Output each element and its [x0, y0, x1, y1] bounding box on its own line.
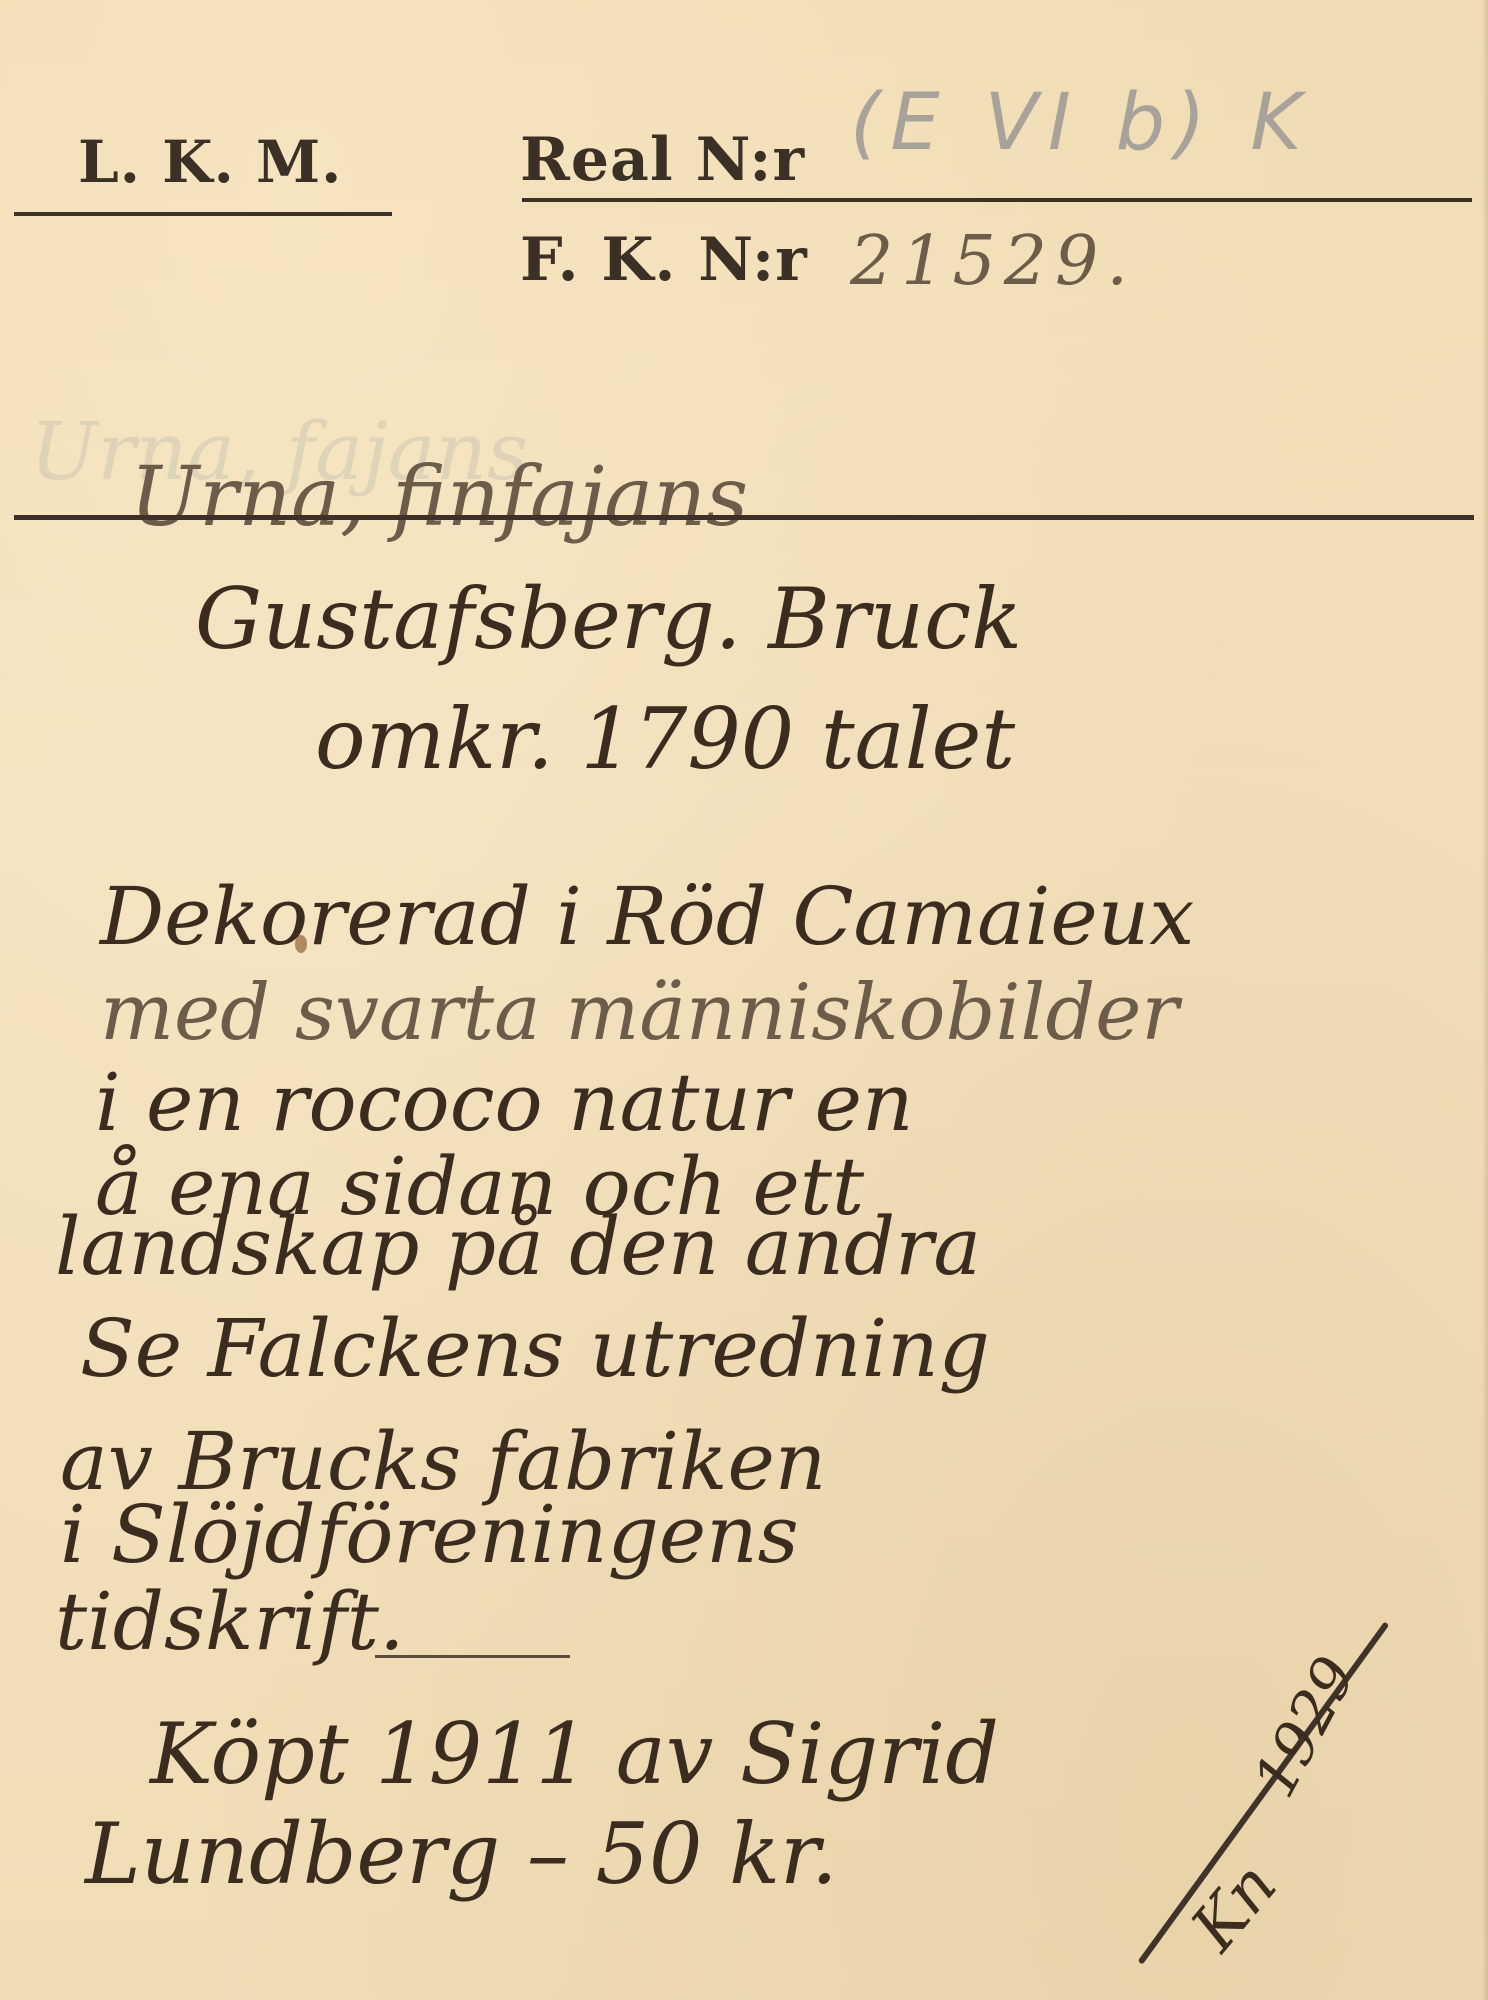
real-nr-label: Real N:r [520, 125, 805, 195]
institution-rule [14, 212, 392, 216]
body-line: Gustafsberg. Bruck [195, 570, 1022, 668]
object-heading: Urna, finfajans [130, 450, 748, 545]
fk-nr-label: F. K. N:r [520, 225, 808, 295]
acquisition-line: Lundberg – 50 kr. [85, 1805, 838, 1903]
body-line: i en rococo natur en [95, 1056, 914, 1149]
ink-stain [295, 935, 307, 953]
body-line: tidskrift. [55, 1575, 405, 1668]
signature-year: 1929 [1240, 1646, 1369, 1808]
body-line: i Slöjdföreningens [60, 1488, 799, 1581]
signature-initials: Kn [1178, 1849, 1292, 1965]
body-line: landskap på den andra [55, 1200, 981, 1293]
body-line: Dekorerad i Röd Camaieux [100, 870, 1194, 963]
real-nr-value: (E VI b) K [850, 78, 1312, 168]
paper-edge [1482, 0, 1488, 2000]
acquisition-line: Köpt 1911 av Sigrid [150, 1705, 999, 1803]
heading-rule [14, 515, 1474, 520]
real-nr-rule [522, 198, 1472, 202]
flourish-line [375, 1655, 570, 1658]
institution-label: L. K. M. [78, 128, 342, 196]
body-line: omkr. 1790 talet [315, 690, 1015, 788]
body-line: med svarta människobilder [100, 968, 1179, 1058]
fk-nr-value: 21529. [850, 222, 1136, 301]
body-line: Se Falckens utredning [80, 1302, 990, 1395]
catalogue-card: L. K. M. Real N:r (E VI b) K F. K. N:r 2… [0, 0, 1488, 2000]
